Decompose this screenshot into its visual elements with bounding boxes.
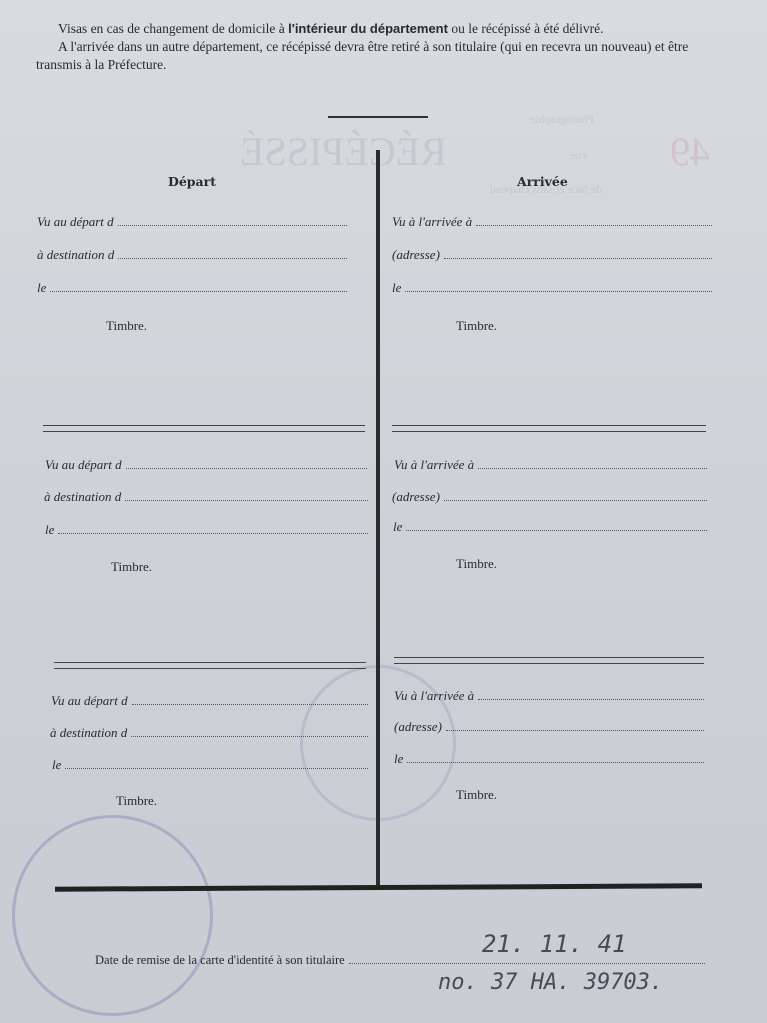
label: (adresse): [392, 489, 440, 505]
depart-le-field-3[interactable]: le: [52, 757, 368, 773]
dotted-line: [478, 467, 707, 469]
dotted-line: [132, 703, 368, 705]
title-rule: [328, 116, 428, 118]
dotted-line: [444, 257, 712, 259]
label: (adresse): [394, 719, 442, 735]
arrivee-timbre-3: Timbre.: [456, 787, 497, 803]
showthrough-vue: vue: [570, 148, 587, 163]
arrivee-le-field[interactable]: le: [392, 280, 712, 296]
remise-label: Date de remise de la carte d'identité à …: [95, 953, 345, 968]
depart-timbre-3: Timbre.: [116, 793, 157, 809]
arrivee-timbre: Timbre.: [456, 318, 497, 334]
label: le: [37, 280, 46, 296]
dotted-line: [118, 224, 347, 226]
label: Vu à l'arrivée à: [394, 457, 474, 473]
dotted-line: [125, 499, 368, 501]
arrivee-timbre-2: Timbre.: [456, 556, 497, 572]
dotted-line: [407, 761, 704, 763]
arrivee-adresse-field[interactable]: (adresse): [392, 247, 712, 263]
showthrough-recepisse: RÉCÉPISSÉ: [240, 128, 447, 175]
intro-text: Visas en cas de changement de domicile à…: [36, 20, 726, 74]
dotted-line: [126, 467, 367, 469]
arrivee-le-field-2[interactable]: le: [393, 519, 707, 535]
intro-para1-prefix: Visas en cas de changement de domicile à: [58, 21, 288, 36]
label: à destination d: [37, 247, 114, 263]
label: (adresse): [392, 247, 440, 263]
label: le: [394, 751, 403, 767]
label: à destination d: [50, 725, 127, 741]
label: Vu au départ d: [45, 457, 122, 473]
dotted-line: [444, 499, 707, 501]
label: à destination d: [44, 489, 121, 505]
intro-para1-suffix: ou le récépissé à été délivré.: [448, 21, 604, 36]
card-number-handwritten: no. 37 HA. 39703.: [438, 970, 663, 995]
dotted-line: [50, 290, 347, 292]
bottom-rule: [55, 883, 702, 891]
showthrough-number: 49: [670, 128, 710, 175]
dotted-line: [349, 963, 705, 964]
dotted-line: [478, 698, 704, 700]
depart-destination-field[interactable]: à destination d: [37, 247, 347, 263]
dotted-line: [65, 767, 368, 769]
dotted-line: [131, 735, 368, 737]
dotted-line: [58, 532, 368, 534]
arrivee-heading: Arrivée: [517, 174, 568, 189]
separator-2-right: [394, 657, 704, 664]
depart-heading: Départ: [168, 174, 216, 189]
column-divider: [376, 150, 380, 888]
depart-destination-field-3[interactable]: à destination d: [50, 725, 368, 741]
depart-vu-field-2[interactable]: Vu au départ d: [45, 457, 367, 473]
intro-para1-bold: l'intérieur du département: [288, 21, 448, 36]
arrivee-vu-field[interactable]: Vu à l'arrivée à: [392, 214, 712, 230]
label: Vu à l'arrivée à: [394, 688, 474, 704]
remise-date-handwritten: 21. 11. 41: [482, 930, 627, 958]
label: Vu au départ d: [51, 693, 128, 709]
depart-timbre: Timbre.: [106, 318, 147, 334]
dotted-line: [405, 290, 712, 292]
depart-le-field-2[interactable]: le: [45, 522, 368, 538]
dotted-line: [446, 729, 704, 731]
depart-destination-field-2[interactable]: à destination d: [44, 489, 368, 505]
label: Vu à l'arrivée à: [392, 214, 472, 230]
depart-vu-field[interactable]: Vu au départ d: [37, 214, 347, 230]
intro-para2: A l'arrivée dans un autre département, c…: [36, 38, 726, 74]
arrivee-vu-field-2[interactable]: Vu à l'arrivée à: [394, 457, 707, 473]
label: Vu au départ d: [37, 214, 114, 230]
dotted-line: [406, 529, 707, 531]
arrivee-le-field-3[interactable]: le: [394, 751, 704, 767]
arrivee-vu-field-3[interactable]: Vu à l'arrivée à: [394, 688, 704, 704]
ink-stamp: [12, 815, 213, 1016]
separator-1-right: [392, 425, 706, 432]
label: le: [392, 280, 401, 296]
arrivee-adresse-field-3[interactable]: (adresse): [394, 719, 704, 735]
arrivee-adresse-field-2[interactable]: (adresse): [392, 489, 707, 505]
separator-2-left: [54, 662, 366, 669]
label: le: [45, 522, 54, 538]
depart-timbre-2: Timbre.: [111, 559, 152, 575]
showthrough-photo: Photographie: [530, 112, 594, 127]
separator-1-left: [43, 425, 365, 432]
depart-vu-field-3[interactable]: Vu au départ d: [51, 693, 368, 709]
depart-le-field[interactable]: le: [37, 280, 347, 296]
dotted-line: [476, 224, 712, 226]
dotted-line: [118, 257, 347, 259]
label: le: [393, 519, 402, 535]
label: le: [52, 757, 61, 773]
